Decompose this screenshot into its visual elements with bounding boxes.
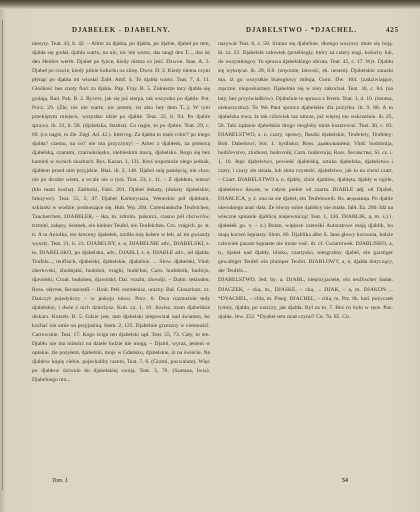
binding-gutter xyxy=(2,20,3,490)
text-column-right: nazywał Teat. 6, c. 58. Szatan się djabe… xyxy=(218,40,393,460)
scanned-dictionary-page: DJABEŁEK - DJABELNY. DJABELSTWO - *DJACH… xyxy=(0,0,420,512)
column-text: niesyty. Teat. 43, b. 42. – Aliter za dj… xyxy=(32,40,210,386)
page-top-shadow xyxy=(0,0,420,9)
running-head-right: DJABELSTWO - *DJACHEL. xyxy=(246,26,357,38)
text-column-left: niesyty. Teat. 43, b. 42. – Aliter za dj… xyxy=(32,40,210,460)
printer-signature: 54 xyxy=(342,478,348,484)
column-text: DJABELSTWO. Jed. by. a. DJABŁ, nieprzyja… xyxy=(218,276,393,321)
column-text: nazywał Teat. 6, c. 58. Szatan się djabe… xyxy=(218,40,393,276)
page-number: 425 xyxy=(386,26,399,38)
running-head-left: DJABEŁEK - DJABELNY. xyxy=(72,26,170,38)
volume-label: Tom. I. xyxy=(52,478,69,484)
